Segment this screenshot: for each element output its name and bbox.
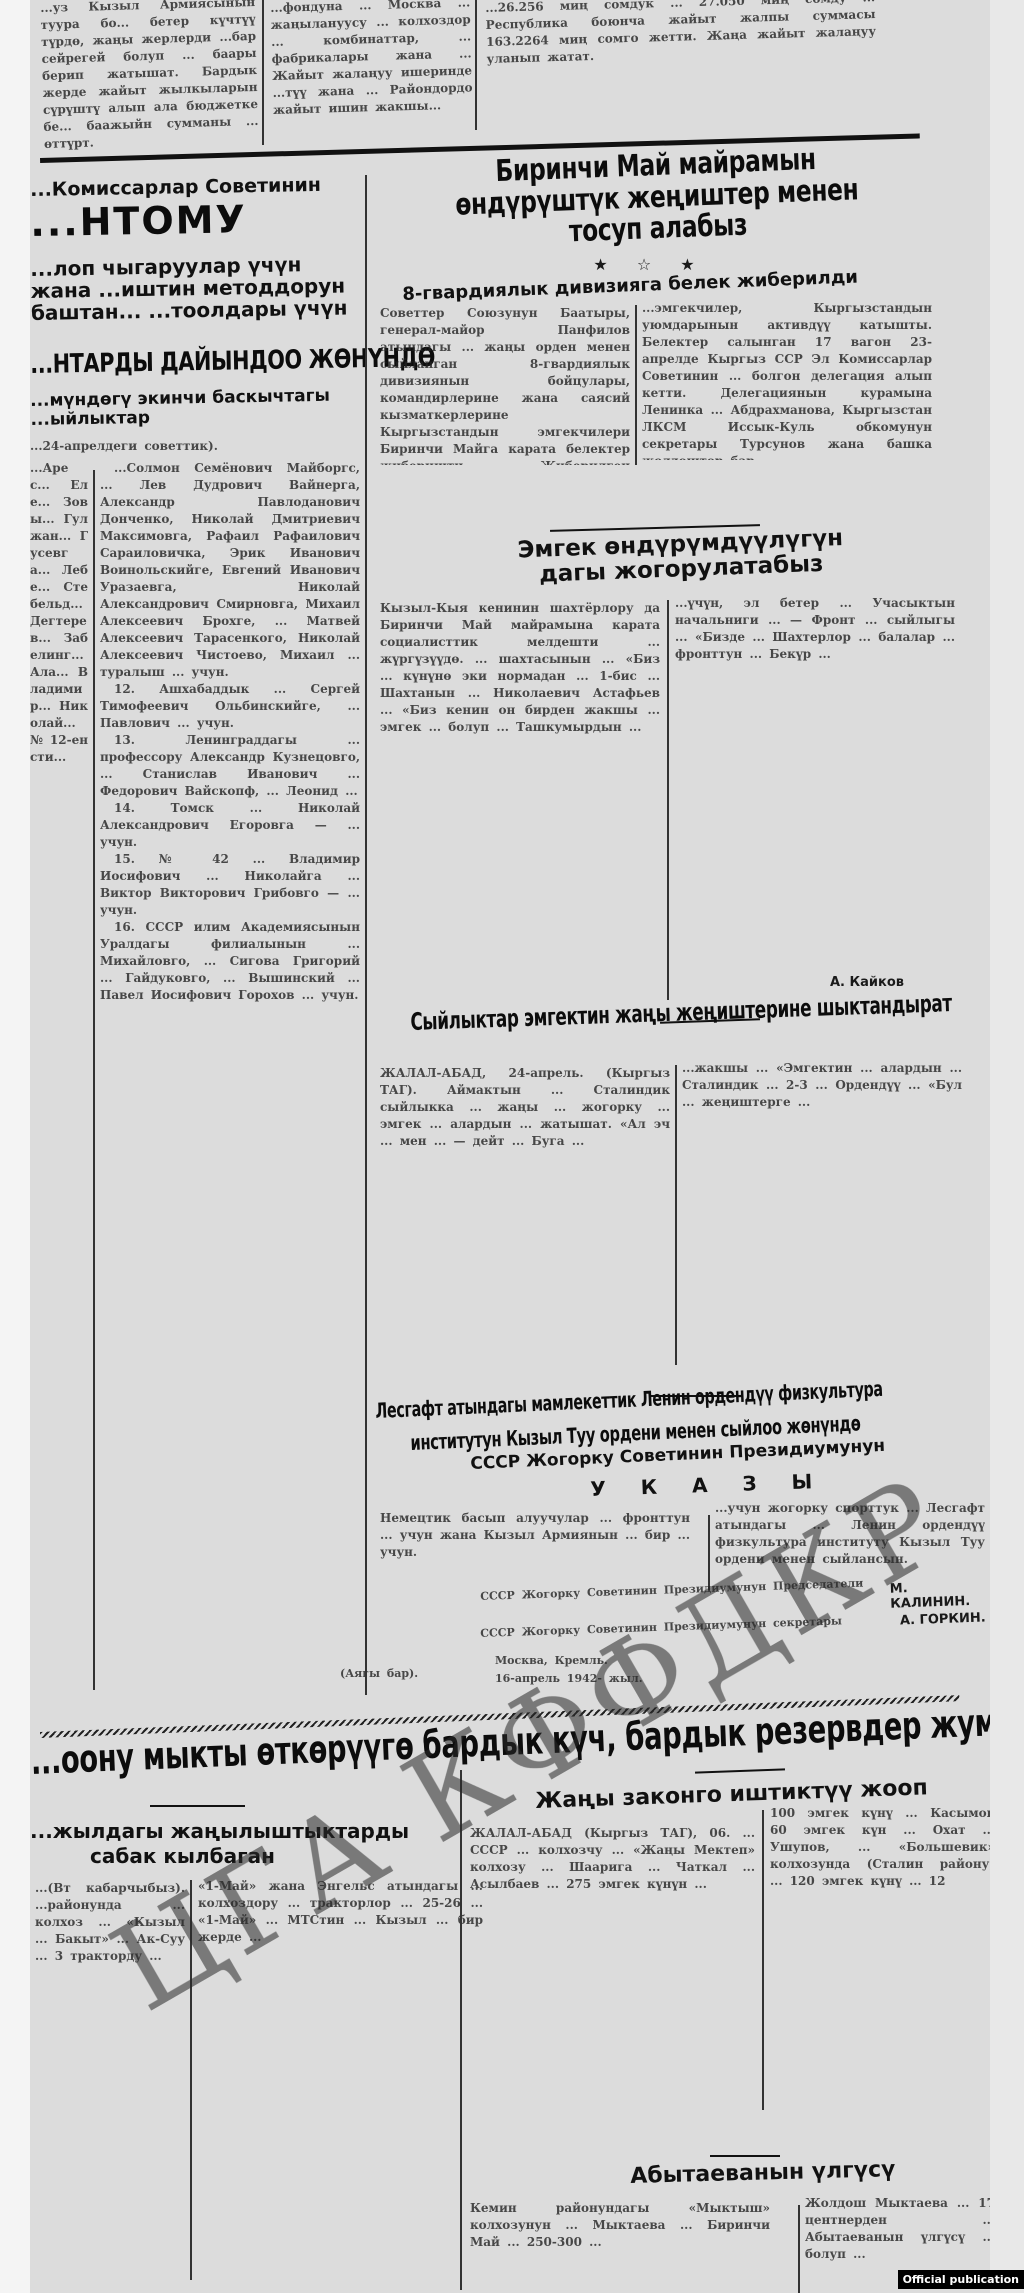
paragraph: 16. СССР илим Академиясынын Уралдагы фил… [100,919,360,1004]
paragraph: ...Солмон Семёнович Майборгс, ... Лев Ду… [100,460,360,681]
column-divider [262,0,264,145]
top-column-1: ...уз Кызыл Армиясынын туура бо... бетер… [40,0,260,170]
column-divider [475,0,477,130]
divider-line [710,2155,780,2157]
column-divider [365,175,367,1695]
labor-signature: А. Кайков [830,975,904,990]
new-law-column-2: 100 эмгек күнү ... Касымов 60 эмгек күн … [770,1805,995,2105]
dateline: ...24-апрелдеги советтик). [30,438,270,455]
divider-line [695,1768,785,1773]
awards-column-2: ...жакшы ... «Эмгектин ... алардын ... С… [682,1060,962,1360]
paragraph: 14. Томск ... Николай Александрович Егор… [100,800,360,851]
labor-headline: Эмгек өндүрүмдүүлүгүн дагы жогорулатабыз [480,525,882,591]
section-label: ...мүндөгү экинчи баскычтагы ...ыйлыктар [30,386,351,429]
page-margin-left [0,0,30,2293]
paragraph: 15. № 42 ... Владимир Иосифович ... Нико… [100,851,360,919]
may-day-headline: Биринчи Май майрамын өндүрүштүк жеңиштер… [437,142,877,253]
official-publication-badge: Official publication [898,2270,1024,2289]
awards-column-1: ЖАЛАЛ-АБАД, 24-апрель. (Кыргыз ТАГ). Айм… [380,1065,670,1385]
article-title-2: ...НТАРДЫ ДАЙЫНДОО ЖӨНҮНДӨ [30,345,435,379]
article-subtitle: ...лоп чыгаруулар үчүн жана ...иштин мет… [30,252,351,324]
left-narrow-column: ...Арес... Еле... Зовы... Гулжан... Гусе… [30,460,88,1690]
abytaeva-column-1: Кемин районундагы «Мыктыш» колхозунун ..… [470,2200,770,2290]
article-title: ...НТОМУ [30,200,247,244]
continued-note: (Аягы бар). [340,1665,418,1682]
labor-column-1: Кызыл-Кыя кенинин шахтёрлору да Биринчи … [380,600,660,1010]
top-column-2: ...фондуна ... Москва ... жаңылануусу ..… [270,0,474,140]
labor-column-2: ...үчүн, эл бетер ... Учасыктын начальни… [675,595,955,975]
column-divider [635,305,637,465]
may-day-column-1: Советтер Союзунун Баатыры, генерал-майор… [380,305,630,465]
paragraph: 12. Ашхабаддык ... Сергей Тимофеевич Оль… [100,681,360,732]
stars-ornament: ★ ☆ ★ [590,255,710,274]
newspaper-page: ...уз Кызыл Армиясынын туура бо... бетер… [30,0,990,2293]
signature-2-name: А. ГОРКИН. [900,1611,986,1629]
left-article-body: ...Солмон Семёнович Майборгс, ... Лев Ду… [100,460,360,1660]
article-kicker: ...Комиссарлар Советинин [30,175,321,201]
column-divider [798,2205,800,2293]
column-divider [667,600,669,1000]
top-column-3: ...26.256 миң сомдук ... 27.050 миң сомд… [485,0,878,120]
column-divider [93,470,95,1690]
new-law-column-1: ЖАЛАЛ-АБАД (Кыргыз ТАГ), 06. ... СССР ..… [470,1825,755,2125]
paragraph: 13. Ленинграддагы ... профессору Алексан… [100,732,360,800]
ukaz-title: У К А З Ы [590,1470,827,1500]
column-divider [762,1810,764,2110]
divider-line [150,1805,245,1807]
abytaeva-headline: Абытаеванын үлгүсү [630,2158,896,2189]
ukaz-column-1: Немецтик басып алуучулар ... фронттун ..… [380,1510,690,1590]
may-day-column-2: ...эмгекчилер, Кыргызстандын уюмдарынын … [642,300,932,460]
column-divider [675,1065,677,1365]
page-margin-right [990,0,1024,2293]
